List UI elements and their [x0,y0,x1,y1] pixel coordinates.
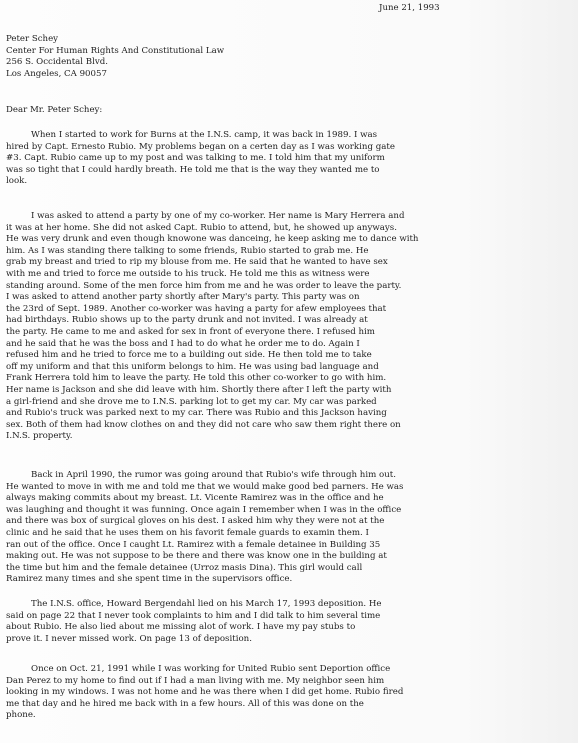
paragraph-line: prove it. I never missed work. On page 1… [6,634,382,646]
paragraph-line: had birthdays. Rubio shows up to the par… [6,315,418,327]
paragraph-line: always making commits about my breast. L… [6,493,403,505]
paragraph-line: refused him and he tried to force me to … [6,350,418,362]
paragraph-line: #3. Capt. Rubio came up to my post and w… [6,153,395,165]
paragraph-line: sex. Both of them had know clothes on an… [6,420,418,432]
paragraph-line: standing around. Some of the men force h… [6,281,418,293]
paragraph-line: with me and tried to force me outside to… [6,269,418,281]
paragraph-line: the time but him and the female detainee… [6,563,403,575]
paragraph-line: him. As I was standing there talking to … [6,246,418,258]
paragraph-line: clinic and he said that he uses them on … [6,528,403,540]
paragraph-line: and Rubio's truck was parked next to my … [6,408,418,420]
paragraph-line: Dan Perez to my home to find out if I ha… [6,676,403,688]
paragraph-line: Her name is Jackson and she did leave wi… [6,385,418,397]
paragraph-oct-1991: Once on Oct. 21, 1991 while I was workin… [6,664,403,722]
paragraph-line: grab my breast and tried to rip my blous… [6,257,418,269]
salutation: Dear Mr. Peter Schey: [6,105,102,115]
paragraph-line: me that day and he hired me back with in… [6,699,403,711]
paragraph-line: a girl-friend and she drove me to I.N.S.… [6,397,418,409]
paragraph-line: the 23rd of Sept. 1989. Another co-worke… [6,304,418,316]
paragraph-april-1990: Back in April 1990, the rumor was going … [6,470,403,586]
paragraph-line: Back in April 1990, the rumor was going … [6,470,403,482]
paragraph-line: said on page 22 that I never took compla… [6,611,382,623]
recipient-city-state-zip: Los Angeles, CA 90057 [6,69,224,81]
paragraph-line: off my uniform and that this uniform bel… [6,362,418,374]
paragraph-line: phone. [6,710,403,722]
paragraph-line: was laughing and thought it was funning.… [6,505,403,517]
paragraph-line: was so tight that I could hardly breath.… [6,165,395,177]
paragraph-line: I.N.S. property. [6,431,418,443]
recipient-name: Peter Schey [6,34,224,46]
paragraph-line: and he said that he was the boss and I h… [6,339,418,351]
letter-page: June 21, 1993 Peter Schey Center For Hum… [0,0,578,743]
paragraph-line: ran out of the office. Once I caught Lt.… [6,540,403,552]
paragraph-line: Once on Oct. 21, 1991 while I was workin… [6,664,403,676]
recipient-street: 256 S. Occidental Blvd. [6,57,224,69]
paragraph-line: The I.N.S. office, Howard Bergendahl lie… [6,599,382,611]
letter-date: June 21, 1993 [379,3,440,13]
paragraph-line: Frank Herrera told him to leave the part… [6,373,418,385]
paragraph-parties: I was asked to attend a party by one of … [6,211,418,443]
recipient-organization: Center For Human Rights And Constitution… [6,46,224,58]
paragraph-rubio-hiring: When I started to work for Burns at the … [6,130,395,188]
paragraph-line: When I started to work for Burns at the … [6,130,395,142]
paragraph-line: He was very drunk and even though knowon… [6,234,418,246]
paragraph-line: I was asked to attend another party shor… [6,292,418,304]
paragraph-line: and there was box of surgical gloves on … [6,516,403,528]
paragraph-line: making out. He was not suppose to be the… [6,551,403,563]
paragraph-line: I was asked to attend a party by one of … [6,211,418,223]
paragraph-line: about Rubio. He also lied about me missi… [6,622,382,634]
paragraph-line: hired by Capt. Ernesto Rubio. My problem… [6,142,395,154]
paragraph-line: look. [6,176,395,188]
paragraph-deposition: The I.N.S. office, Howard Bergendahl lie… [6,599,382,645]
paragraph-line: it was at her home. She did not asked Ca… [6,223,418,235]
paragraph-line: He wanted to move in with me and told me… [6,482,403,494]
paragraph-line: looking in my windows. I was not home an… [6,687,403,699]
paragraph-line: Ramirez many times and she spent time in… [6,574,403,586]
recipient-address-block: Peter Schey Center For Human Rights And … [6,34,224,81]
paragraph-line: the party. He came to me and asked for s… [6,327,418,339]
